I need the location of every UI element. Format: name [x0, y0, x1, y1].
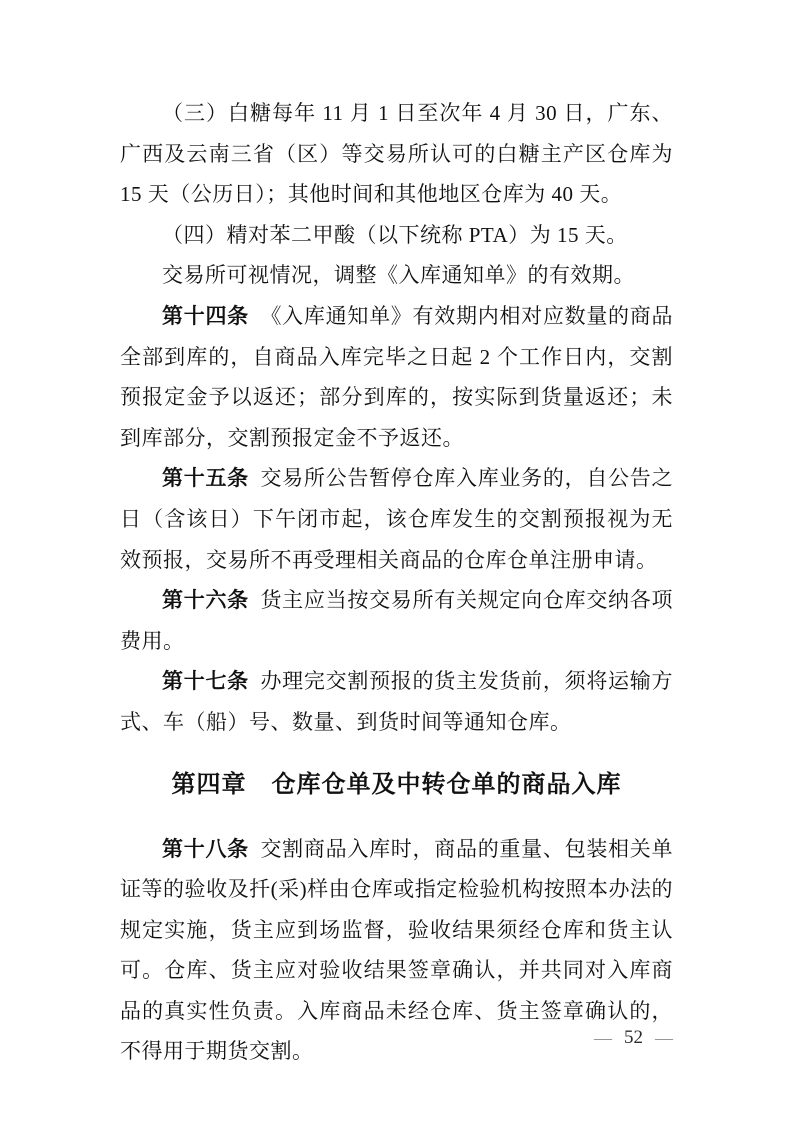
- paragraph: 第十四条《入库通知单》有效期内相对应数量的商品全部到库的，自商品入库完毕之日起 …: [120, 296, 673, 458]
- page-footer: — 52 —: [594, 1026, 673, 1050]
- paragraph-text: 交割商品入库时，商品的重量、包装相关单证等的验收及扦(采)样由仓库或指定检验机构…: [120, 837, 673, 1064]
- document-page: （三）白糖每年 11 月 1 日至次年 4 月 30 日，广东、广西及云南三省（…: [0, 0, 793, 1122]
- article-number: 第十六条: [162, 588, 260, 612]
- paragraph: 第十七条办理完交割预报的货主发货前，须将运输方式、车（船）号、数量、到货时间等通…: [120, 661, 673, 742]
- footer-dash-left: —: [594, 1026, 612, 1050]
- page-number: 52: [624, 1026, 643, 1050]
- paragraph: （四）精对苯二甲酸（以下统称 PTA）为 15 天。: [120, 215, 673, 256]
- chapter-heading: 第四章 仓库仓单及中转仓单的商品入库: [120, 763, 673, 807]
- paragraph: 第十八条交割商品入库时，商品的重量、包装相关单证等的验收及扦(采)样由仓库或指定…: [120, 829, 673, 1073]
- footer-dash-right: —: [655, 1026, 673, 1050]
- paragraph: 第十五条交易所公告暂停仓库入库业务的，自公告之日（含该日）下午闭市起，该仓库发生…: [120, 458, 673, 580]
- paragraph: （三）白糖每年 11 月 1 日至次年 4 月 30 日，广东、广西及云南三省（…: [120, 93, 673, 215]
- paragraph-text: 交易所可视情况，调整《入库通知单》的有效期。: [162, 263, 635, 287]
- article-number: 第十八条: [162, 837, 260, 861]
- article-number: 第十五条: [162, 466, 260, 490]
- paragraph: 交易所可视情况，调整《入库通知单》的有效期。: [120, 255, 673, 296]
- article-number: 第十四条: [162, 304, 260, 328]
- paragraph-text: （四）精对苯二甲酸（以下统称 PTA）为 15 天。: [162, 223, 628, 247]
- document-body: （三）白糖每年 11 月 1 日至次年 4 月 30 日，广东、广西及云南三省（…: [120, 93, 673, 1072]
- paragraph: 第十六条货主应当按交易所有关规定向仓库交纳各项费用。: [120, 580, 673, 661]
- paragraph-text: （三）白糖每年 11 月 1 日至次年 4 月 30 日，广东、广西及云南三省（…: [120, 101, 673, 206]
- article-number: 第十七条: [162, 669, 260, 693]
